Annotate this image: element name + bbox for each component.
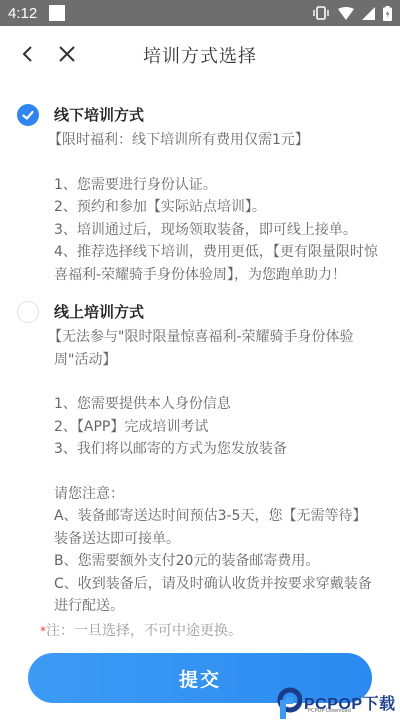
warning-note: *注：一旦选择，不可中途更换。 (40, 620, 242, 642)
watermark: PCPOP下载 PCPOP Download (276, 684, 400, 720)
pcpop-logo-icon (276, 687, 302, 717)
spacer (54, 371, 378, 393)
radio-offline-checked[interactable] (17, 104, 39, 126)
option-line: 3、我们将以邮寄的方式为您发放装备 (54, 438, 378, 461)
notice-line: B、您需要额外支付20元的装备邮寄费用。 (54, 550, 378, 573)
watermark-subtext: PCPOP Download (308, 708, 351, 714)
option-line: 1、您需要提供本人身份信息 (54, 393, 378, 416)
notice-line: C、收到装备后，请及时确认收货并按要求穿戴装备进行配送。 (54, 573, 378, 618)
vibrate-icon (312, 6, 330, 20)
option-title: 线上培训方式 (54, 300, 378, 324)
notice-heading: 请您注意： (54, 483, 378, 506)
training-options: 线下培训方式 【限时福利：线下培训所有费用仅需1元】 1、您需要进行身份认证。 … (0, 96, 400, 618)
spacer (54, 152, 378, 174)
status-bar: 4:12 (0, 0, 400, 26)
notification-icon (49, 5, 65, 21)
option-offline-training[interactable]: 线下培训方式 【限时福利：线下培训所有费用仅需1元】 1、您需要进行身份认证。 … (0, 103, 400, 286)
option-title: 线下培训方式 (54, 103, 378, 127)
option-line: 4、推荐选择线下培训，费用更低，【更有限量限时惊喜福利-荣耀骑手身份体验周】，为… (54, 241, 378, 286)
status-icons (312, 6, 392, 21)
option-online-training[interactable]: 线上培训方式 【无法参与"限时限量惊喜福利-荣耀骑手身份体验周"活动】 1、您需… (0, 300, 400, 618)
battery-charging-icon (383, 6, 392, 21)
notice-line: A、装备邮寄送达时间预估3-5天，您【无需等待】装备送达即可接单。 (54, 505, 378, 550)
option-line: 2、【APP】完成培训考试 (54, 416, 378, 439)
status-time: 4:12 (8, 5, 37, 22)
signal-icon (362, 7, 375, 20)
option-restriction: 【无法参与"限时限量惊喜福利-荣耀骑手身份体验周"活动】 (54, 326, 378, 371)
option-benefit: 【限时福利：线下培训所有费用仅需1元】 (48, 129, 378, 152)
page-title: 培训方式选择 (0, 42, 400, 68)
checkmark-icon (17, 104, 39, 126)
wifi-icon (338, 7, 354, 20)
option-line: 3、培训通过后，现场领取装备，即可线上接单。 (54, 219, 378, 242)
radio-online-unchecked[interactable] (17, 301, 39, 323)
spacer (54, 461, 378, 483)
option-line: 2、预约和参加【实际站点培训】。 (54, 196, 378, 219)
nav-bar: 培训方式选择 (0, 26, 400, 82)
option-line: 1、您需要进行身份认证。 (54, 174, 378, 197)
note-text: 注：一旦选择，不可中途更换。 (46, 623, 242, 639)
